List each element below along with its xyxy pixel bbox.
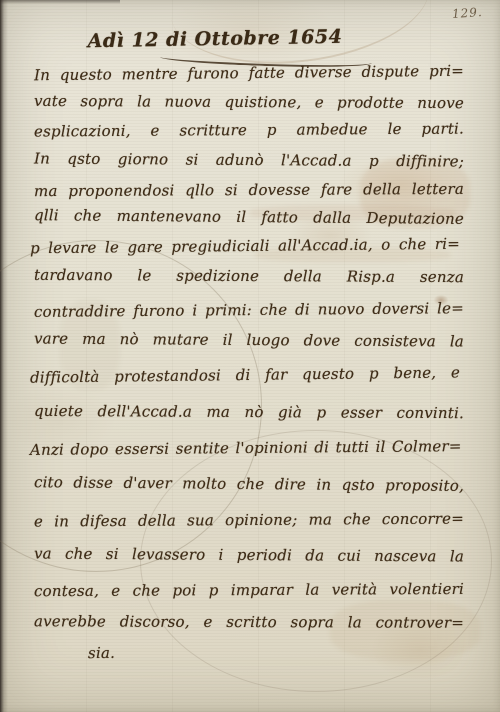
manuscript-line: In qsto giorno si adunò l'Accad.a p diff… bbox=[34, 149, 464, 170]
manuscript-line: ma proponendosi qllo si dovesse fare del… bbox=[34, 180, 464, 200]
manuscript-line: cito disse d'aver molto che dire in qsto… bbox=[34, 473, 464, 495]
manuscript-line: difficoltà protestandosi di far questo p… bbox=[30, 363, 460, 386]
manuscript-line: esplicazioni, e scritture p ambedue le p… bbox=[34, 119, 464, 140]
manuscript-line: vare ma nò mutare il luogo dove consiste… bbox=[34, 329, 464, 350]
manuscript-line: Anzi dopo essersi sentite l'opinioni di … bbox=[30, 437, 460, 459]
scan-edge-top bbox=[0, 0, 120, 4]
manuscript-page: 129. Adì 12 di Ottobre 1654 In questo me… bbox=[0, 0, 500, 712]
manuscript-line: e in difesa della sua opinione; ma che c… bbox=[34, 509, 464, 530]
manuscript-line: quiete dell'Accad.a ma nò già p esser co… bbox=[34, 402, 464, 422]
folio-page-number: 129. bbox=[452, 5, 484, 21]
manuscript-line: averebbe discorso, e scritto sopra la co… bbox=[34, 612, 464, 632]
date-heading: Adì 12 di Ottobre 1654 bbox=[70, 25, 360, 52]
manuscript-line: contraddire furono i primi: che di nuovo… bbox=[34, 299, 464, 321]
scan-edge-left bbox=[0, 0, 8, 712]
manuscript-line: qlli che mantenevano il fatto dalla Depu… bbox=[34, 206, 464, 228]
manuscript-line: va che si levassero i periodi da cui nas… bbox=[34, 544, 464, 565]
manuscript-line: p levare le gare pregiudiciali all'Accad… bbox=[30, 235, 460, 258]
manuscript-line: contesa, e che poi p imparar la verità v… bbox=[34, 580, 464, 600]
manuscript-line: tardavano le spedizione della Risp.a sen… bbox=[34, 266, 464, 286]
manuscript-line: vate sopra la nuova quistione, e prodott… bbox=[34, 92, 464, 112]
manuscript-line: In questo mentre furono fatte diverse di… bbox=[34, 62, 464, 85]
manuscript-line: sia. bbox=[88, 644, 115, 662]
